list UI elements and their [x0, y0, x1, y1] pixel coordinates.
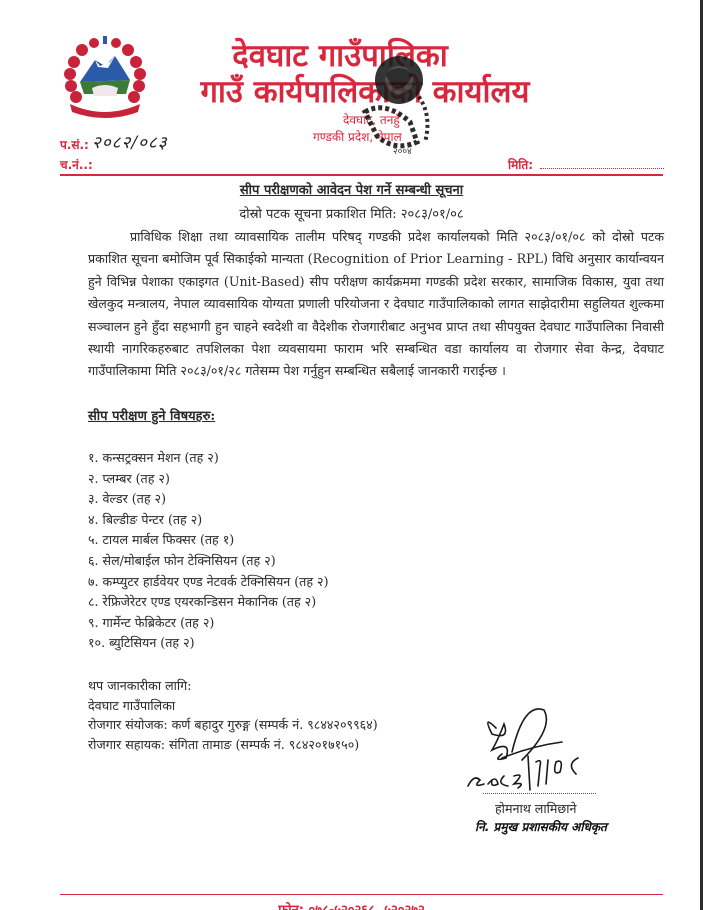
list-item: ७. कम्प्युटर हार्डवेयर एण्ड नेटवर्क टेक्… — [88, 572, 329, 593]
list-item: १०. ब्युटिसियन (तह २) — [88, 633, 329, 654]
list-item: ३. वेल्डर (तह २) — [88, 489, 329, 510]
subjects-list: १. कन्सट्रक्सन मेशन (तह २) २. प्लम्बर (त… — [88, 448, 329, 654]
footer-phone: फोन: ०७८-५२०२६८, ५२०२७२ — [0, 900, 703, 910]
list-item: १. कन्सट्रक्सन मेशन (तह २) — [88, 448, 329, 469]
reference-number-value: २०८२/०८३ — [92, 130, 168, 153]
contact-heading: थप जानकारीका लागि: — [88, 676, 378, 696]
notice-title-text: सीप परीक्षणको आवेदन पेश गर्ने सम्बन्धी स… — [240, 183, 463, 198]
date-label: मिति: — [508, 156, 533, 173]
list-item: ५. टायल मार्बल फिक्सर (तह १) — [88, 530, 329, 551]
notice-title: सीप परीक्षणको आवेदन पेश गर्ने सम्बन्धी स… — [0, 180, 703, 198]
official-stamp-icon: २००४ — [355, 52, 445, 162]
publication-date: दोस्रो पटक सूचना प्रकाशित मिति: २०८३/०१/… — [0, 204, 703, 222]
contact-coordinator: रोजगार संयोजक: कर्ण बहादुर गुरुङ्ग (सम्प… — [88, 715, 378, 735]
contact-assistant: रोजगार सहायक: संगिता तामाङ (सम्पर्क नं. … — [88, 735, 378, 755]
list-item: ६. सेल/मोबाईल फोन टेक्निसियन (तह २) — [88, 551, 329, 572]
reference-number-label: प.सं.: — [60, 136, 89, 153]
nepal-emblem-icon — [60, 34, 150, 122]
notice-body: प्राविधिक शिक्षा तथा व्यावसायिक तालीम पर… — [88, 226, 664, 383]
signer-name: होमनाथ लामिछाने — [495, 800, 576, 817]
list-item: ४. बिल्डीङ पेन्टर (तह २) — [88, 510, 329, 531]
contact-office: देवघाट गाउँपालिका — [88, 696, 378, 716]
svg-text:२००४: २००४ — [393, 147, 412, 157]
subjects-heading: सीप परीक्षण हुने विषयहरु: — [88, 406, 215, 424]
dispatch-number-label: च.नं..: — [60, 156, 93, 173]
date-field — [540, 156, 664, 169]
list-item: ९. गार्मेन्ट फेब्रिकेटर (तह २) — [88, 613, 329, 634]
footer-divider — [60, 894, 663, 895]
list-item: ८. रेफ्रिजेरेटर एण्ड एयरकन्डिसन मेकानिक … — [88, 592, 329, 613]
signer-title: नि. प्रमुख प्रशासकीय अधिकृत — [475, 818, 607, 835]
contact-info: थप जानकारीका लागि: देवघाट गाउँपालिका रोज… — [88, 676, 378, 754]
list-item: २. प्लम्बर (तह २) — [88, 469, 329, 490]
signature-line — [483, 793, 596, 794]
handwritten-signature — [462, 700, 622, 792]
header-divider — [60, 174, 663, 176]
